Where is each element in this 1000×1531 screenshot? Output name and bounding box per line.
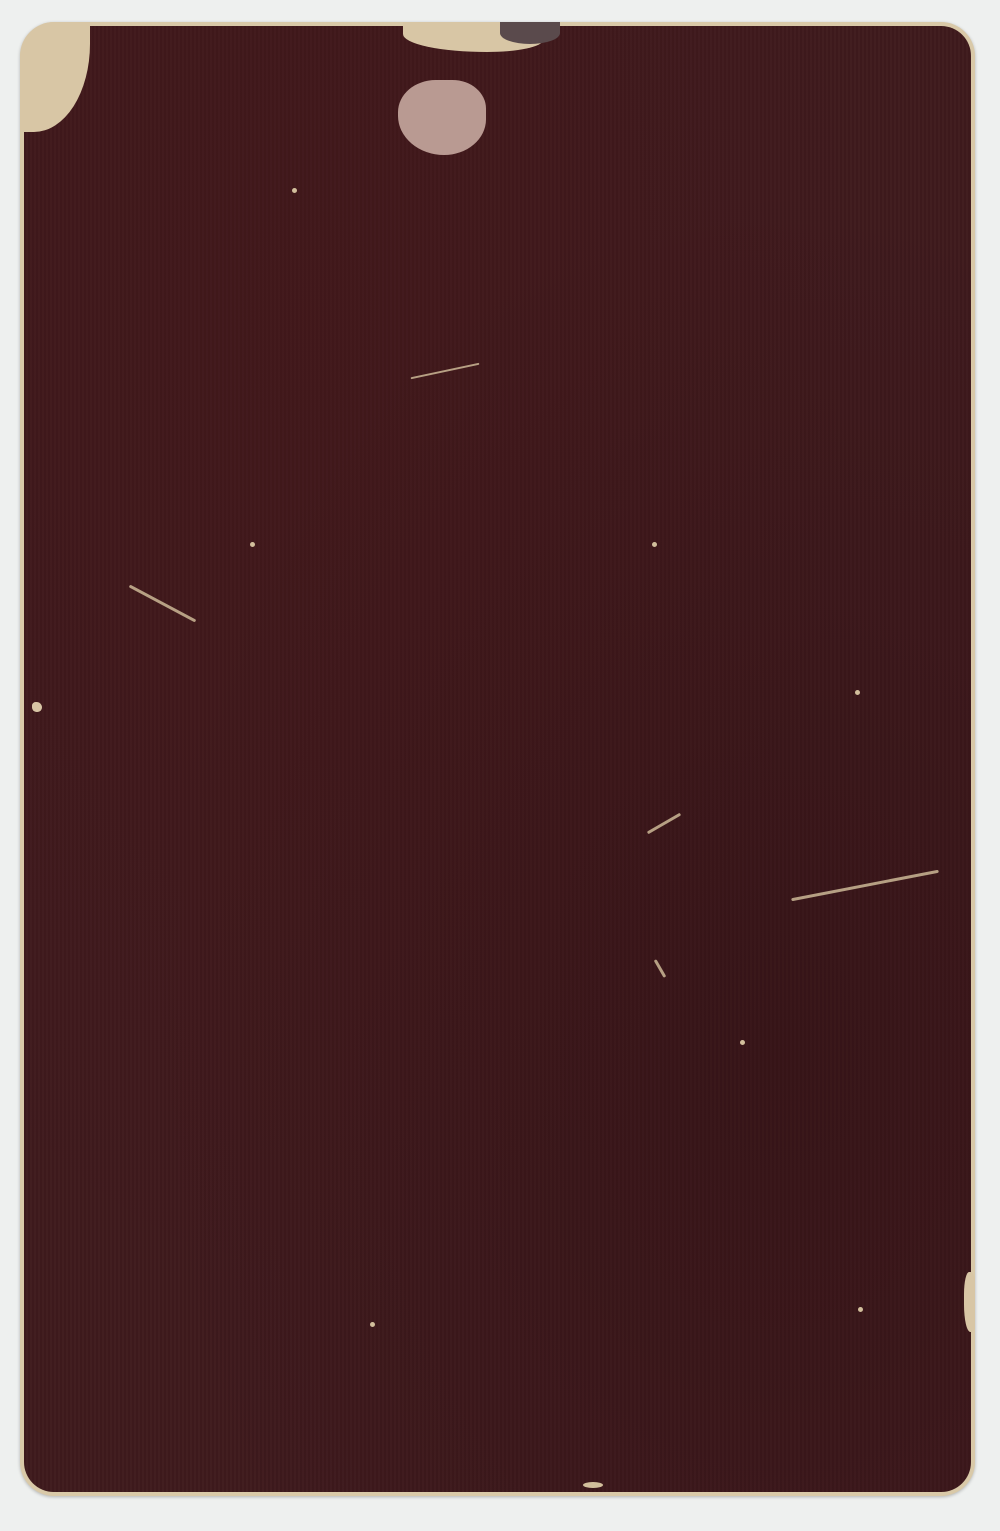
fleck <box>370 1322 375 1327</box>
fleck <box>855 690 860 695</box>
fleck <box>292 188 297 193</box>
wear-crackle-patch <box>398 80 486 155</box>
fleck <box>250 542 255 547</box>
fleck <box>740 1040 745 1045</box>
wear-right-edge <box>964 1272 975 1332</box>
fleck <box>652 542 657 547</box>
cabinet-card <box>20 22 975 1496</box>
wear-left-edge-fleck <box>32 702 42 712</box>
card-face <box>24 26 971 1492</box>
fleck <box>583 1482 603 1488</box>
fleck <box>858 1307 863 1312</box>
wear-top-right-chip <box>500 22 560 44</box>
